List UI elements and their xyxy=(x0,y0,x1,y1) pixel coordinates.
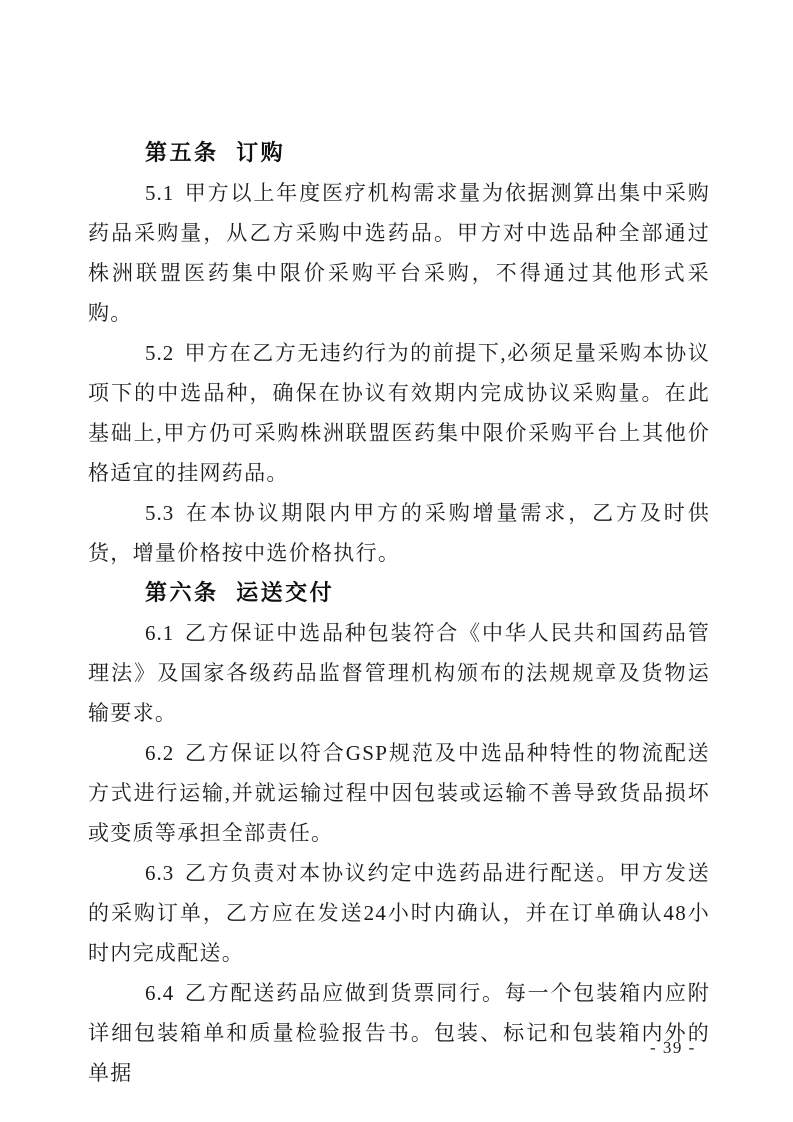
clause-number: 6.4 xyxy=(145,981,174,1005)
clause-number: 6.3 xyxy=(145,861,174,885)
clause-text: 甲方在乙方无违约行为的前提下,必须足量采购本协议项下的中选品种，确保在协议有效期… xyxy=(88,341,710,485)
document-content: 第五条 订购 5.1甲方以上年度医疗机构需求量为依据测算出集中采购药品采购量，从… xyxy=(88,133,710,1093)
clause-text: 甲方以上年度医疗机构需求量为依据测算出集中采购药品采购量，从乙方采购中选药品。甲… xyxy=(88,181,710,325)
clause-text: 在本协议期限内甲方的采购增量需求，乙方及时供货，增量价格按中选价格执行。 xyxy=(88,501,710,565)
clause-number: 5.2 xyxy=(145,341,174,365)
clause-6-4: 6.4乙方配送药品应做到货票同行。每一个包装箱内应附详细包装箱单和质量检验报告书… xyxy=(88,973,710,1093)
clause-5-3: 5.3在本协议期限内甲方的采购增量需求，乙方及时供货，增量价格按中选价格执行。 xyxy=(88,493,710,573)
clause-number: 6.2 xyxy=(145,741,174,765)
section-heading-article-5: 第五条 订购 xyxy=(88,133,710,173)
clause-text: 乙方负责对本协议约定中选药品进行配送。甲方发送的采购订单，乙方应在发送24小时内… xyxy=(88,861,710,965)
clause-number: 6.1 xyxy=(145,621,174,645)
clause-5-1: 5.1甲方以上年度医疗机构需求量为依据测算出集中采购药品采购量，从乙方采购中选药… xyxy=(88,173,710,333)
clause-number: 5.3 xyxy=(145,501,174,525)
clause-6-2: 6.2乙方保证以符合GSP规范及中选品种特性的物流配送方式进行运输,并就运输过程… xyxy=(88,733,710,853)
clause-6-1: 6.1乙方保证中选品种包装符合《中华人民共和国药品管理法》及国家各级药品监督管理… xyxy=(88,613,710,733)
document-page: 第五条 订购 5.1甲方以上年度医疗机构需求量为依据测算出集中采购药品采购量，从… xyxy=(0,0,793,1122)
clause-number: 5.1 xyxy=(145,181,174,205)
clause-6-3: 6.3乙方负责对本协议约定中选药品进行配送。甲方发送的采购订单，乙方应在发送24… xyxy=(88,853,710,973)
section-heading-article-6: 第六条 运送交付 xyxy=(88,573,710,613)
clause-text: 乙方保证以符合GSP规范及中选品种特性的物流配送方式进行运输,并就运输过程中因包… xyxy=(88,741,710,845)
clause-text: 乙方保证中选品种包装符合《中华人民共和国药品管理法》及国家各级药品监督管理机构颁… xyxy=(88,621,710,725)
clause-text: 乙方配送药品应做到货票同行。每一个包装箱内应附详细包装箱单和质量检验报告书。包装… xyxy=(88,981,710,1085)
clause-5-2: 5.2甲方在乙方无违约行为的前提下,必须足量采购本协议项下的中选品种，确保在协议… xyxy=(88,333,710,493)
page-number: - 39 - xyxy=(650,1038,696,1058)
